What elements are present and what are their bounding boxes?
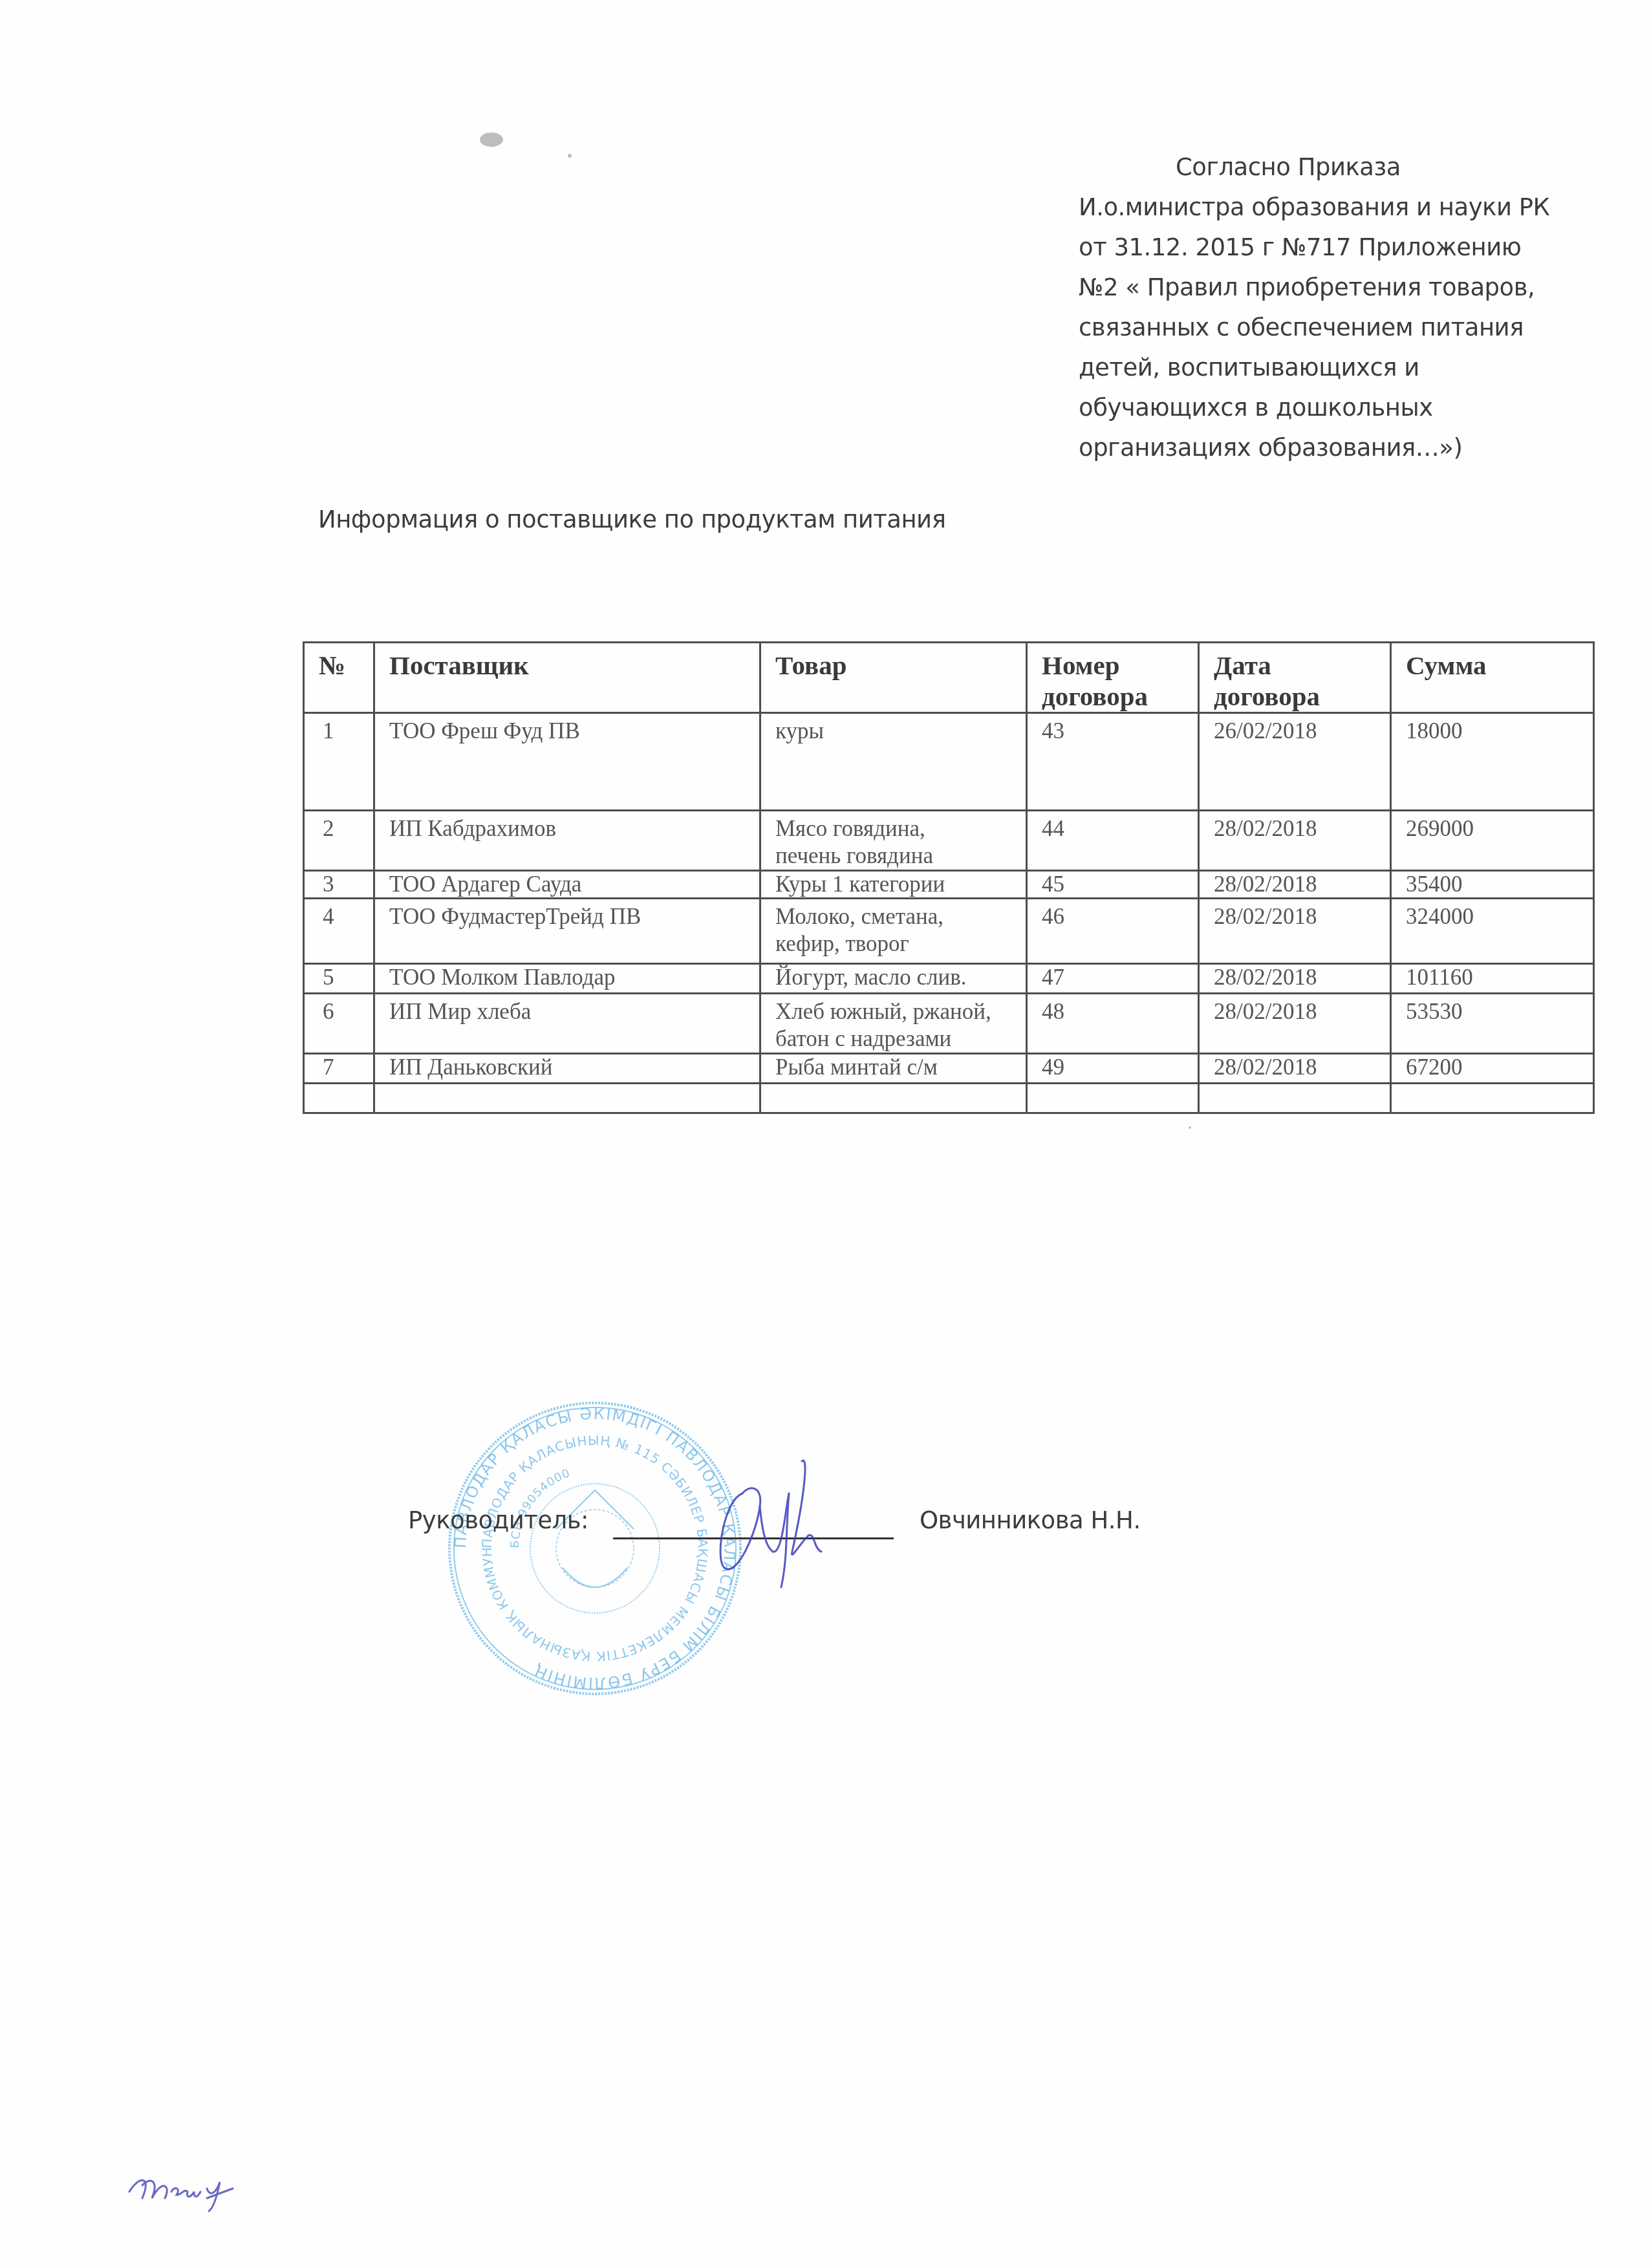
cell-contract-number: 46 bbox=[1027, 899, 1199, 964]
order-reference-line: обучающихся в дошкольных bbox=[1079, 388, 1583, 428]
column-header-amount: Сумма bbox=[1391, 643, 1594, 713]
column-header-supplier: Поставщик bbox=[374, 643, 760, 713]
handwritten-signature-icon bbox=[711, 1455, 860, 1603]
cell-supplier: ИП Кабдрахимов bbox=[374, 811, 760, 871]
scan-speck bbox=[1189, 1126, 1191, 1129]
goods-line: Куры 1 категории bbox=[775, 872, 1011, 897]
cell-contract-number: 49 bbox=[1027, 1054, 1199, 1084]
table-row: 2ИП КабдрахимовМясо говядина,печень говя… bbox=[304, 811, 1594, 871]
cell-goods: Хлеб южный, ржаной,батон с надрезами bbox=[760, 994, 1027, 1054]
cell-contract-number: 43 bbox=[1027, 713, 1199, 811]
cell-contract-date: 28/02/2018 bbox=[1199, 811, 1391, 871]
signer-name: Овчинникова Н.Н. bbox=[920, 1506, 1141, 1534]
cell-contract-date: 28/02/2018 bbox=[1199, 1054, 1391, 1084]
cell-number: 3 bbox=[304, 871, 374, 899]
order-reference-line: И.о.министра образования и науки РК bbox=[1079, 187, 1583, 228]
cell-contract-date: 26/02/2018 bbox=[1199, 713, 1391, 811]
cell-contract-number: 48 bbox=[1027, 994, 1199, 1054]
cell-amount: 324000 bbox=[1391, 899, 1594, 964]
cell-supplier: ИП Даньковский bbox=[374, 1054, 760, 1084]
order-reference-line: №2 « Правил приобретения товаров, bbox=[1079, 268, 1583, 308]
cell-contract-date: 28/02/2018 bbox=[1199, 964, 1391, 994]
cell-goods: Молоко, сметана,кефир, творог bbox=[760, 899, 1027, 964]
goods-line: Хлеб южный, ржаной, bbox=[775, 998, 1011, 1025]
goods-line: куры bbox=[775, 718, 1011, 745]
cell-contract-number: 47 bbox=[1027, 964, 1199, 994]
goods-line: печень говядина bbox=[775, 842, 1011, 870]
goods-line: Мясо говядина, bbox=[775, 815, 1011, 842]
cell-amount: 18000 bbox=[1391, 713, 1594, 811]
cell-number bbox=[304, 1084, 374, 1113]
suppliers-table: № Поставщик Товар Номердоговора Датадого… bbox=[303, 641, 1595, 1114]
cell-contract-number: 44 bbox=[1027, 811, 1199, 871]
cell-amount: 53530 bbox=[1391, 994, 1594, 1054]
column-header-number: № bbox=[304, 643, 374, 713]
cell-supplier: ТОО ФудмастерТрейд ПВ bbox=[374, 899, 760, 964]
cell-amount bbox=[1391, 1084, 1594, 1113]
cell-contract-date: 28/02/2018 bbox=[1199, 994, 1391, 1054]
column-header-contract-date: Датадоговора bbox=[1199, 643, 1391, 713]
scan-speck bbox=[568, 154, 572, 158]
order-reference: Согласно Приказа И.о.министра образовани… bbox=[1079, 147, 1583, 468]
column-header-contract-number: Номердоговора bbox=[1027, 643, 1199, 713]
cell-number: 7 bbox=[304, 1054, 374, 1084]
cell-supplier: ТОО Фреш Фуд ПВ bbox=[374, 713, 760, 811]
cell-contract-date: 28/02/2018 bbox=[1199, 871, 1391, 899]
cell-amount: 35400 bbox=[1391, 871, 1594, 899]
cell-number: 1 bbox=[304, 713, 374, 811]
document-title: Информация о поставщике по продуктам пит… bbox=[318, 506, 945, 533]
handwritten-initials-icon bbox=[126, 2163, 236, 2214]
table-row: 7ИП ДаньковскийРыба минтай с/м4928/02/20… bbox=[304, 1054, 1594, 1084]
cell-number: 5 bbox=[304, 964, 374, 994]
table-row-empty bbox=[304, 1084, 1594, 1113]
table-row: 3ТОО Ардагер СаудаКуры 1 категории4528/0… bbox=[304, 871, 1594, 899]
goods-line: батон с надрезами bbox=[775, 1025, 1011, 1053]
cell-goods bbox=[760, 1084, 1027, 1113]
cell-amount: 67200 bbox=[1391, 1054, 1594, 1084]
cell-contract-number: 45 bbox=[1027, 871, 1199, 899]
scan-speck bbox=[480, 133, 503, 147]
order-reference-line: Согласно Приказа bbox=[1079, 147, 1583, 187]
table-row: 5ТОО Молком ПавлодарЙогурт, масло слив.4… bbox=[304, 964, 1594, 994]
order-reference-line: детей, воспитывающихся и bbox=[1079, 348, 1583, 388]
table-row: 1ТОО Фреш Фуд ПВкуры4326/02/201818000 bbox=[304, 713, 1594, 811]
cell-number: 4 bbox=[304, 899, 374, 964]
column-header-goods: Товар bbox=[760, 643, 1027, 713]
cell-goods: Мясо говядина,печень говядина bbox=[760, 811, 1027, 871]
cell-number: 2 bbox=[304, 811, 374, 871]
cell-supplier: ТОО Молком Павлодар bbox=[374, 964, 760, 994]
order-reference-line: связанных с обеспечением питания bbox=[1079, 308, 1583, 348]
table-header-row: № Поставщик Товар Номердоговора Датадого… bbox=[304, 643, 1594, 713]
cell-goods: куры bbox=[760, 713, 1027, 811]
cell-supplier: ИП Мир хлеба bbox=[374, 994, 760, 1054]
cell-contract-date: 28/02/2018 bbox=[1199, 899, 1391, 964]
cell-supplier: ТОО Ардагер Сауда bbox=[374, 871, 760, 899]
goods-line: Рыба минтай с/м bbox=[775, 1054, 1011, 1080]
organization-stamp-icon: ПАВЛОДАР ҚАЛАСЫ ӘКІМДІГІ ПАВЛОДАР ҚАЛАСЫ… bbox=[446, 1400, 744, 1697]
cell-contract-date bbox=[1199, 1084, 1391, 1113]
cell-contract-number bbox=[1027, 1084, 1199, 1113]
goods-line: кефир, творог bbox=[775, 930, 1011, 957]
cell-goods: Рыба минтай с/м bbox=[760, 1054, 1027, 1084]
goods-line: Йогурт, масло слив. bbox=[775, 965, 1011, 990]
signature-role-label: Руководитель: bbox=[408, 1506, 588, 1534]
cell-goods: Куры 1 категории bbox=[760, 871, 1027, 899]
goods-line: Молоко, сметана, bbox=[775, 903, 1011, 930]
cell-amount: 101160 bbox=[1391, 964, 1594, 994]
scanned-document-page: Согласно Приказа И.о.министра образовани… bbox=[0, 0, 1649, 2268]
cell-goods: Йогурт, масло слив. bbox=[760, 964, 1027, 994]
cell-number: 6 bbox=[304, 994, 374, 1054]
table-row: 6ИП Мир хлебаХлеб южный, ржаной,батон с … bbox=[304, 994, 1594, 1054]
order-reference-line: от 31.12. 2015 г №717 Приложению bbox=[1079, 228, 1583, 268]
cell-supplier bbox=[374, 1084, 760, 1113]
table-row: 4ТОО ФудмастерТрейд ПВМолоко, сметана,ке… bbox=[304, 899, 1594, 964]
cell-amount: 269000 bbox=[1391, 811, 1594, 871]
order-reference-line: организациях образования…») bbox=[1079, 428, 1583, 468]
